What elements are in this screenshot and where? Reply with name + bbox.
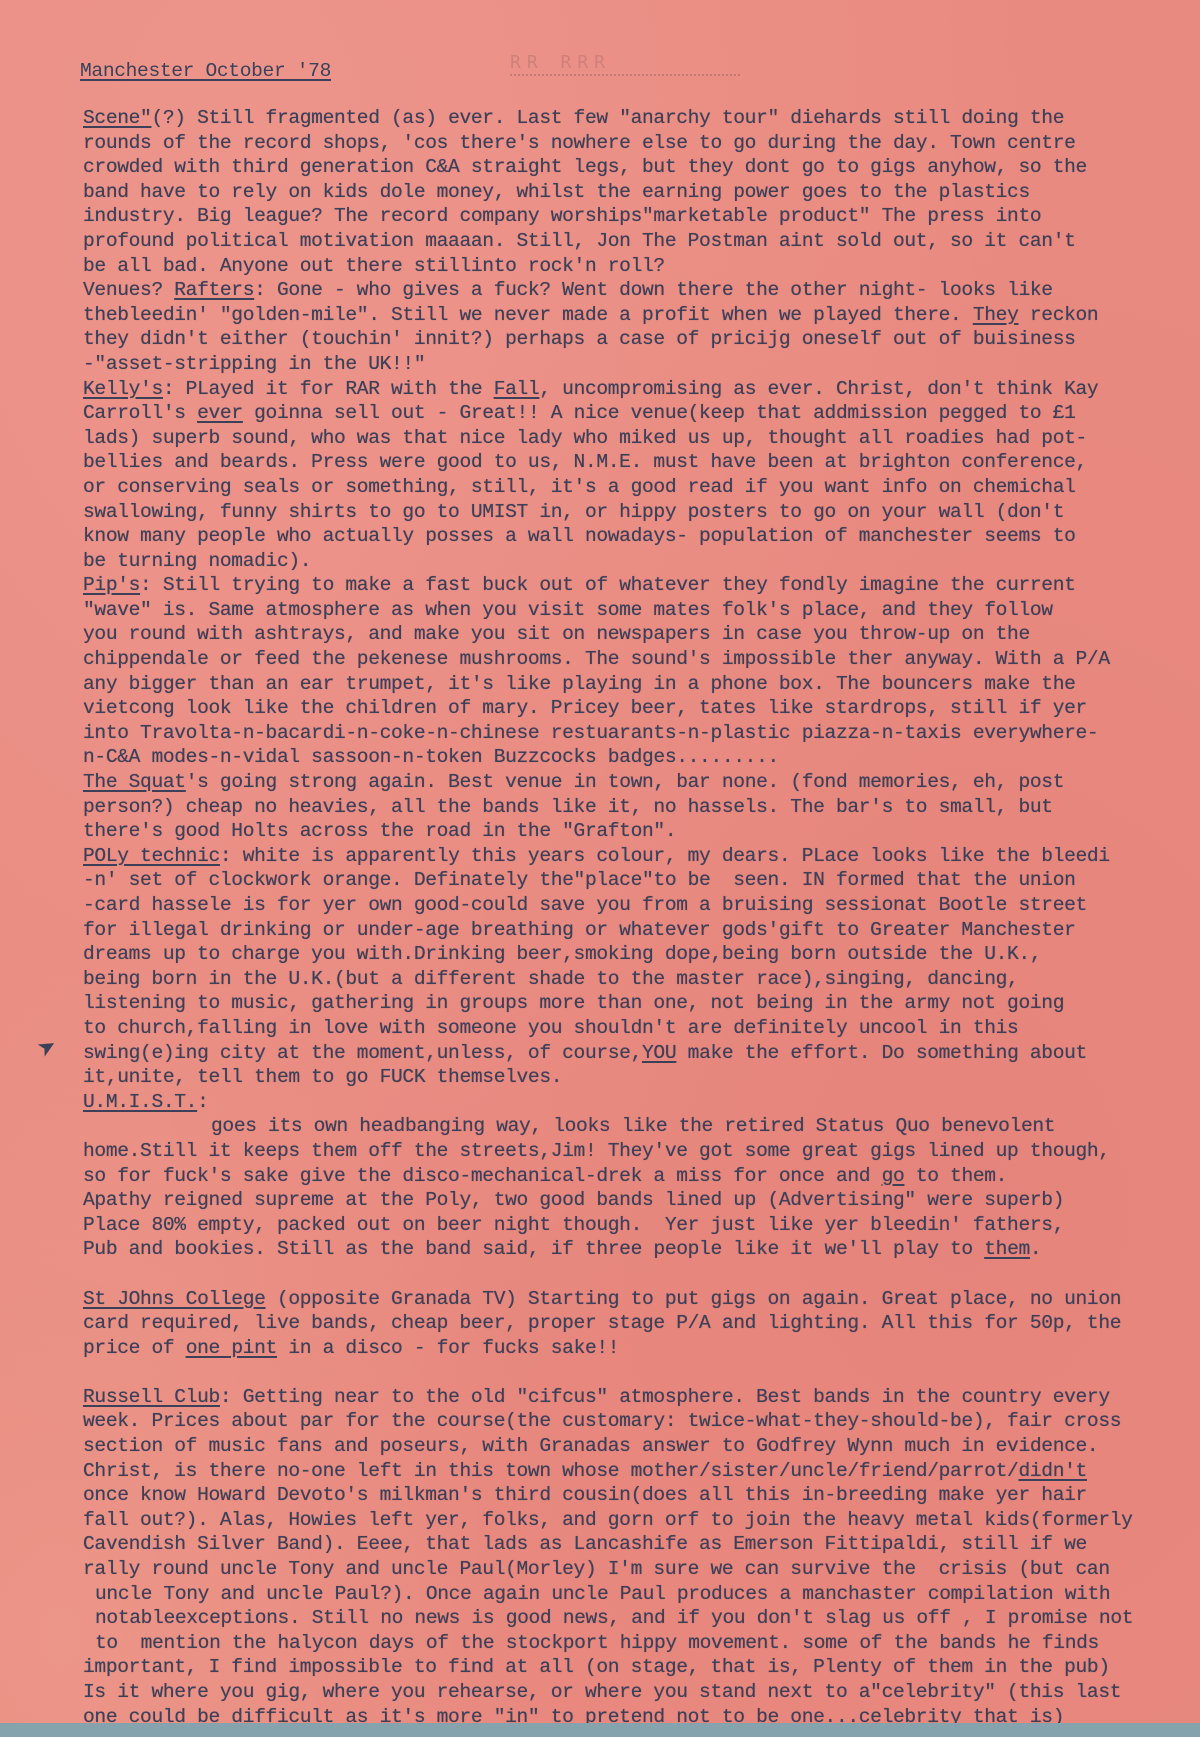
line-text: -"asset-stripping in the UK!!"	[83, 353, 425, 375]
text-line: know many people who actually posses a w…	[83, 524, 1200, 549]
text-line: Carroll's ever goinna sell out - Great!!…	[83, 401, 1200, 426]
line-text: -n' set of clockwork orange. Definately …	[83, 869, 1076, 891]
line-text: vietcong look like the children of mary.…	[83, 697, 1087, 719]
line-text: Is it where you gig, where you rehearse,…	[83, 1681, 1121, 1703]
text-line: POLy technic: white is apparently this y…	[83, 844, 1200, 869]
text-line: to church,falling in love with someone y…	[83, 1016, 1200, 1041]
text-line: price of one pint in a disco - for fucks…	[83, 1336, 1200, 1361]
line-text: be all bad. Anyone out there stillinto r…	[83, 255, 665, 277]
line-text: know many people who actually posses a w…	[83, 525, 1076, 547]
line-text: band have to rely on kids dole money, wh…	[83, 181, 1030, 203]
line-text: it,unite, tell them to go FUCK themselve…	[83, 1066, 562, 1088]
text-line: being born in the U.K.(but a different s…	[83, 967, 1200, 992]
line-text: goes its own headbanging way, looks like…	[211, 1115, 1055, 1137]
line-text: any bigger than an ear trumpet, it's lik…	[83, 673, 1076, 695]
text-line: dreams up to charge you with.Drinking be…	[83, 942, 1200, 967]
line-text: reckon	[1018, 304, 1098, 326]
text-line: Pub and bookies. Still as the band said,…	[83, 1237, 1200, 1262]
underlined-word: Fall	[494, 378, 540, 400]
text-line: goes its own headbanging way, looks like…	[83, 1114, 1200, 1139]
text-line: you round with ashtrays, and make you si…	[83, 622, 1200, 647]
line-text: 's going strong again. Best venue in tow…	[186, 771, 1064, 793]
text-line: be all bad. Anyone out there stillinto r…	[83, 254, 1200, 279]
line-text: Pub and bookies. Still as the band said,…	[83, 1238, 984, 1260]
line-text: be turning nomadic).	[83, 550, 311, 572]
underlined-word: one pint	[186, 1337, 277, 1359]
text-line: to mention the halycon days of the stock…	[83, 1631, 1200, 1656]
text-line: notableexceptions. Still no news is good…	[83, 1606, 1200, 1631]
line-text: lads) superb sound, who was that nice la…	[83, 427, 1087, 449]
text-line: band have to rely on kids dole money, wh…	[83, 180, 1200, 205]
line-text: they didn't either (touchin' innit?) per…	[83, 328, 1076, 350]
venue-heading: Kelly's	[83, 378, 163, 400]
text-line: industry. Big league? The record company…	[83, 204, 1200, 229]
text-line: they didn't either (touchin' innit?) per…	[83, 327, 1200, 352]
line-text: Christ, is there no-one left in this tow…	[83, 1460, 1018, 1482]
arrow-mark-icon: ➤	[33, 1032, 61, 1063]
line-text: there's good Holts across the road in th…	[83, 820, 676, 842]
blank-line	[83, 1262, 1200, 1287]
venue-heading: Russell Club	[83, 1386, 220, 1408]
underlined-word: go	[882, 1165, 905, 1187]
underlined-word: didn't	[1018, 1460, 1086, 1482]
text-line: rounds of the record shops, 'cos there's…	[83, 131, 1200, 156]
line-text: or conserving seals or something, still,…	[83, 476, 1076, 498]
line-text: to them.	[904, 1165, 1007, 1187]
venue-heading: Rafters	[174, 279, 254, 301]
line-text: n-C&A modes-n-vidal sassoon-n-token Buzz…	[83, 746, 779, 768]
text-line: swallowing, funny shirts to go to UMIST …	[83, 500, 1200, 525]
line-text: home.Still it keeps them off the streets…	[83, 1140, 1110, 1162]
text-line: "wave" is. Same atmosphere as when you v…	[83, 598, 1200, 623]
line-prefix: Venues?	[83, 279, 174, 301]
line-text: Cavendish Silver Band). Eeee, that lads …	[83, 1533, 1087, 1555]
line-text: person?) cheap no heavies, all the bands…	[83, 796, 1053, 818]
venue-heading: Pip's	[83, 574, 140, 596]
line-text: you round with ashtrays, and make you si…	[83, 623, 1030, 645]
text-line: n-C&A modes-n-vidal sassoon-n-token Buzz…	[83, 745, 1200, 770]
line-text: : Gone - who gives a fuck? Went down the…	[254, 279, 1053, 301]
line-text: goinna sell out - Great!! A nice venue(k…	[243, 402, 1076, 424]
line-text: uncle Tony and uncle Paul?). Once again …	[95, 1583, 1110, 1605]
text-line: be turning nomadic).	[83, 549, 1200, 574]
text-line: -card hassele is for yer own good-could …	[83, 893, 1200, 918]
line-text: thebleedin' "golden-mile". Still we neve…	[83, 304, 973, 326]
text-line: crowded with third generation C&A straig…	[83, 155, 1200, 180]
text-line: any bigger than an ear trumpet, it's lik…	[83, 672, 1200, 697]
text-line: so for fuck's sake give the disco-mechan…	[83, 1164, 1200, 1189]
line-text: for illegal drinking or under-age breath…	[83, 919, 1076, 941]
text-line: one could be difficult as it's more "in"…	[83, 1705, 1200, 1723]
text-line: Russell Club: Getting near to the old "c…	[83, 1385, 1200, 1410]
text-line: section of music fans and poseurs, with …	[83, 1434, 1200, 1459]
text-line: Cavendish Silver Band). Eeee, that lads …	[83, 1532, 1200, 1557]
line-text: being born in the U.K.(but a different s…	[83, 968, 1018, 990]
line-text: : Still trying to make a fast buck out o…	[140, 574, 1075, 596]
venue-heading: U.M.I.S.T.	[83, 1091, 197, 1113]
venue-heading: St JOhns College	[83, 1288, 266, 1310]
text-line: person?) cheap no heavies, all the bands…	[83, 795, 1200, 820]
text-line: week. Prices about par for the course(th…	[83, 1409, 1200, 1434]
line-text: :	[197, 1091, 208, 1113]
line-text: swing(e)ing city at the moment,unless, o…	[83, 1042, 642, 1064]
text-line: Apathy reigned supreme at the Poly, two …	[83, 1188, 1200, 1213]
line-text: Carroll's	[83, 402, 197, 424]
text-line: Venues? Rafters: Gone - who gives a fuck…	[83, 278, 1200, 303]
text-line: swing(e)ing city at the moment,unless, o…	[83, 1041, 1200, 1066]
page-title: Manchester October '78	[80, 60, 331, 82]
line-text: important, I find impossible to find at …	[83, 1656, 1110, 1678]
underlined-word: YOU	[642, 1042, 676, 1064]
text-line: vietcong look like the children of mary.…	[83, 696, 1200, 721]
text-line: card required, live bands, cheap beer, p…	[83, 1311, 1200, 1336]
text-line: profound political motivation maaaan. St…	[83, 229, 1200, 254]
underlined-word: them	[984, 1238, 1030, 1260]
text-line: or conserving seals or something, still,…	[83, 475, 1200, 500]
line-text: listening to music, gathering in groups …	[83, 992, 1064, 1014]
text-line: rally round uncle Tony and uncle Paul(Mo…	[83, 1557, 1200, 1582]
text-line: Pip's: Still trying to make a fast buck …	[83, 573, 1200, 598]
line-text: profound political motivation maaaan. St…	[83, 230, 1076, 252]
text-line: uncle Tony and uncle Paul?). Once again …	[83, 1582, 1200, 1607]
line-text: -card hassele is for yer own good-could …	[83, 894, 1087, 916]
line-text: into Travolta-n-bacardi-n-coke-n-chinese…	[83, 722, 1098, 744]
line-text: Place 80% empty, packed out on beer nigh…	[83, 1214, 1064, 1236]
document-body: Scene"(?) Still fragmented (as) ever. La…	[83, 106, 1200, 1723]
line-text: notableexceptions. Still no news is good…	[95, 1607, 1133, 1629]
text-line: home.Still it keeps them off the streets…	[83, 1139, 1200, 1164]
text-line: there's good Holts across the road in th…	[83, 819, 1200, 844]
line-text: card required, live bands, cheap beer, p…	[83, 1312, 1121, 1334]
venue-heading: POLy technic	[83, 845, 220, 867]
line-text: once know Howard Devoto's milkman's thir…	[83, 1484, 1087, 1506]
line-text: so for fuck's sake give the disco-mechan…	[83, 1165, 882, 1187]
show-through-heading: RR RRR	[510, 52, 740, 76]
text-line: -"asset-stripping in the UK!!"	[83, 352, 1200, 377]
venue-heading: Scene"	[83, 107, 151, 129]
line-text: , uncompromising as ever. Christ, don't …	[539, 378, 1098, 400]
line-text: in a disco - for fucks sake!!	[277, 1337, 619, 1359]
line-text: rally round uncle Tony and uncle Paul(Mo…	[83, 1558, 1110, 1580]
line-text: fall out?). Alas, Howies left yer, folks…	[83, 1509, 1133, 1531]
line-text: "wave" is. Same atmosphere as when you v…	[83, 599, 1053, 621]
text-line: once know Howard Devoto's milkman's thir…	[83, 1483, 1200, 1508]
text-line: it,unite, tell them to go FUCK themselve…	[83, 1065, 1200, 1090]
underlined-word: They	[973, 304, 1019, 326]
text-line: bellies and beards. Press were good to u…	[83, 450, 1200, 475]
text-line: chippendale or feed the pekenese mushroo…	[83, 647, 1200, 672]
line-text: : Getting near to the old "cifcus" atmos…	[220, 1386, 1110, 1408]
text-line: Scene"(?) Still fragmented (as) ever. La…	[83, 106, 1200, 131]
underlined-word: ever	[197, 402, 243, 424]
typewritten-page: RR RRR Manchester October '78 Scene"(?) …	[0, 0, 1200, 1723]
text-line: listening to music, gathering in groups …	[83, 991, 1200, 1016]
line-text: .	[1030, 1238, 1041, 1260]
line-text: make the effort. Do something about	[676, 1042, 1087, 1064]
line-text: (opposite Granada TV) Starting to put gi…	[266, 1288, 1122, 1310]
line-text: : white is apparently this years colour,…	[220, 845, 1110, 867]
line-text: : PLayed it for RAR with the	[163, 378, 494, 400]
blank-line	[83, 1360, 1200, 1385]
venue-heading: The Squat	[83, 771, 186, 793]
line-text: rounds of the record shops, 'cos there's…	[83, 132, 1076, 154]
text-line: into Travolta-n-bacardi-n-coke-n-chinese…	[83, 721, 1200, 746]
text-line: The Squat's going strong again. Best ven…	[83, 770, 1200, 795]
line-text: week. Prices about par for the course(th…	[83, 1410, 1121, 1432]
line-text: crowded with third generation C&A straig…	[83, 156, 1087, 178]
line-text: Apathy reigned supreme at the Poly, two …	[83, 1189, 1064, 1211]
text-line: Kelly's: PLayed it for RAR with the Fall…	[83, 377, 1200, 402]
line-text: industry. Big league? The record company…	[83, 205, 1041, 227]
line-text: section of music fans and poseurs, with …	[83, 1435, 1098, 1457]
text-line: -n' set of clockwork orange. Definately …	[83, 868, 1200, 893]
line-text: (?) Still fragmented (as) ever. Last few…	[151, 107, 1064, 129]
text-line: Is it where you gig, where you rehearse,…	[83, 1680, 1200, 1705]
text-line: for illegal drinking or under-age breath…	[83, 918, 1200, 943]
text-line: important, I find impossible to find at …	[83, 1655, 1200, 1680]
line-text: to mention the halycon days of the stock…	[95, 1632, 1099, 1654]
text-line: St JOhns College (opposite Granada TV) S…	[83, 1287, 1200, 1312]
text-line: Christ, is there no-one left in this tow…	[83, 1459, 1200, 1484]
text-line: thebleedin' "golden-mile". Still we neve…	[83, 303, 1200, 328]
line-text: bellies and beards. Press were good to u…	[83, 451, 1087, 473]
text-line: U.M.I.S.T.:	[83, 1090, 1200, 1115]
line-text: swallowing, funny shirts to go to UMIST …	[83, 501, 1064, 523]
line-text: one could be difficult as it's more "in"…	[83, 1706, 1064, 1723]
line-text: to church,falling in love with someone y…	[83, 1017, 1018, 1039]
line-text: dreams up to charge you with.Drinking be…	[83, 943, 1041, 965]
line-text: price of	[83, 1337, 186, 1359]
text-line: Place 80% empty, packed out on beer nigh…	[83, 1213, 1200, 1238]
text-line: lads) superb sound, who was that nice la…	[83, 426, 1200, 451]
line-text: chippendale or feed the pekenese mushroo…	[83, 648, 1110, 670]
text-line: fall out?). Alas, Howies left yer, folks…	[83, 1508, 1200, 1533]
